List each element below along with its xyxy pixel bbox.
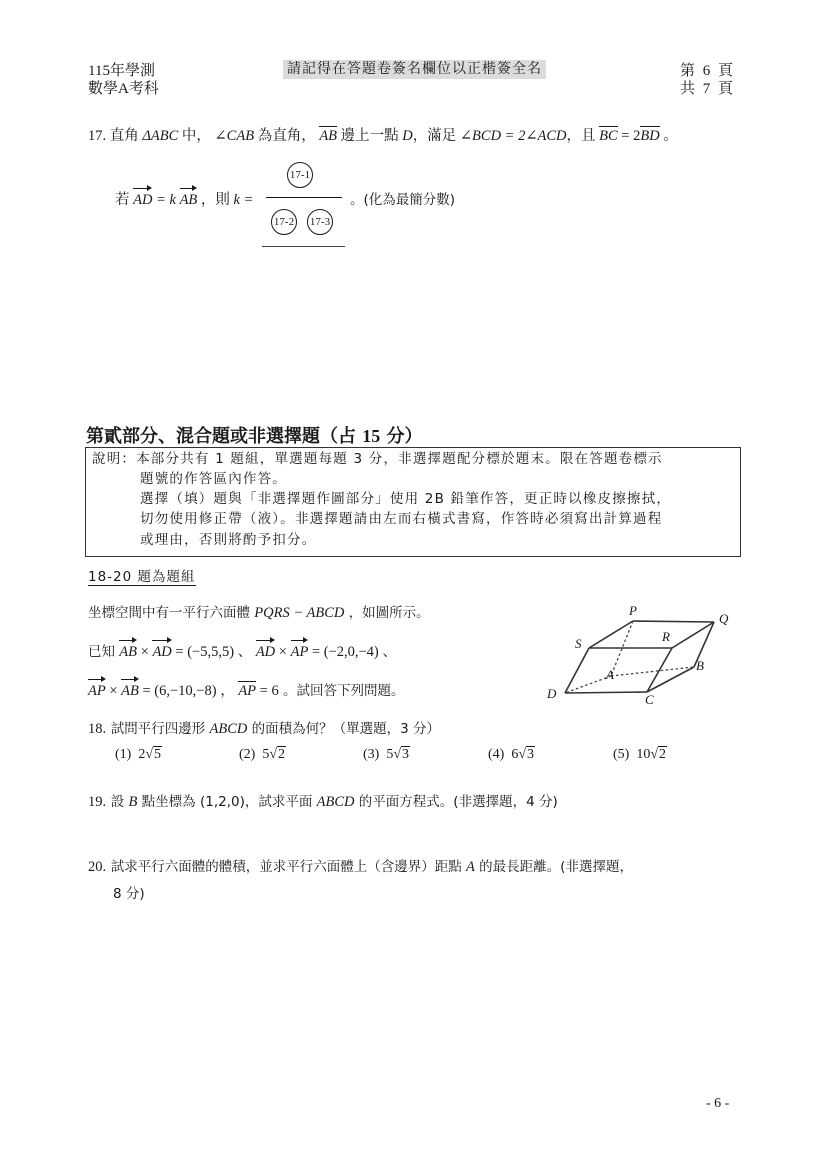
q20-text: 試求平行六面體的體積，並求平行六面體上（含邊界）距點: [111, 859, 466, 875]
vertex-label-s: S: [575, 636, 582, 652]
choice-radicand: 5: [153, 746, 162, 762]
vertex-label-d: D: [547, 686, 556, 702]
choice-label: (2): [239, 747, 255, 762]
choice-2[interactable]: (2) 5√2: [239, 746, 286, 763]
vertex-label-c: C: [645, 692, 654, 708]
question-number: 18.: [88, 721, 106, 737]
q19-text: 設: [111, 794, 129, 810]
question-number: 20.: [88, 859, 106, 875]
choice-coefficient: 10: [636, 747, 650, 762]
q19-text: 點坐標為 (1,2,0)，試求平面: [137, 794, 316, 810]
question-20: 20. 試求平行六面體的體積，並求平行六面體上（含邊界）距點 A 的最長距離。(…: [88, 857, 633, 877]
shape-abcd: ABCD: [210, 721, 248, 737]
choice-1[interactable]: (1) 2√5: [115, 746, 162, 763]
choice-coefficient: 6: [511, 747, 518, 762]
choice-radicand: 3: [401, 746, 410, 762]
vertex-label-q: Q: [719, 611, 728, 627]
q19-text: 的平面方程式。(非選擇題，4 分): [355, 794, 558, 810]
page-footer: - 6 -: [706, 1096, 729, 1112]
vertex-label-r: R: [662, 629, 670, 645]
choice-label: (3): [363, 747, 379, 762]
plane-abcd: ABCD: [317, 794, 355, 810]
choice-radicand: 2: [658, 746, 667, 762]
q20-continuation: 8 分): [113, 884, 145, 904]
choice-label: (1): [115, 747, 131, 762]
vertex-label-a: A: [606, 667, 614, 683]
choice-label: (4): [488, 747, 504, 762]
choice-4[interactable]: (4) 6√3: [488, 746, 535, 763]
question-18: 18. 試問平行四邊形 ABCD 的面積為何？（單選題，3 分）: [88, 719, 440, 739]
q18-text: 的面積為何？（單選題，3 分）: [247, 721, 440, 737]
vertex-label-b: B: [696, 658, 704, 674]
choice-radicand: 2: [277, 746, 286, 762]
q20-text: 的最長距離。(非選擇題，: [475, 859, 633, 875]
choice-label: (5): [613, 747, 629, 762]
choice-coefficient: 5: [262, 747, 269, 762]
question-19: 19. 設 B 點坐標為 (1,2,0)，試求平面 ABCD 的平面方程式。(非…: [88, 792, 558, 812]
choice-3[interactable]: (3) 5√3: [363, 746, 410, 763]
choice-coefficient: 2: [138, 747, 145, 762]
choice-radicand: 3: [526, 746, 535, 762]
parallelepiped-figure: [0, 0, 827, 1170]
choice-5[interactable]: (5) 10√2: [613, 746, 667, 763]
vertex-label-p: P: [629, 603, 637, 619]
q18-text: 試問平行四邊形: [111, 721, 210, 737]
question-number: 19.: [88, 794, 106, 810]
choice-coefficient: 5: [386, 747, 393, 762]
point-a: A: [466, 859, 475, 875]
